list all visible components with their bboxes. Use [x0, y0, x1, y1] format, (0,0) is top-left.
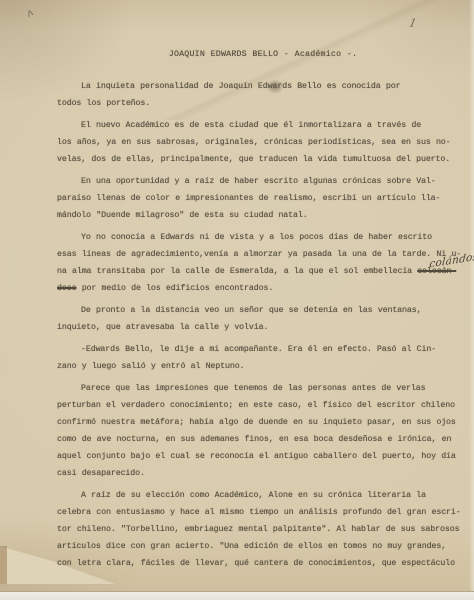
typed-text: todos los porteños. [57, 99, 150, 108]
typed-text: zano y luego salió y entró al Neptuno. [57, 362, 244, 371]
typed-line: A raíz de su elección como Académico, Al… [57, 487, 469, 504]
typed-line: De pronto a la distancia veo un señor qu… [57, 302, 469, 319]
typed-text: tor chileno. "Torbellino, embriaguez men… [57, 525, 459, 534]
typed-text: esas líneas de agradecimiento,venía a al… [57, 250, 461, 259]
paper-sheet: ʌ 1 JOAQUIN EDWARDS BELLO - Académico -.… [0, 0, 474, 592]
typed-line: Parece que las impresiones que tenemos d… [57, 380, 469, 397]
typed-line: El nuevo Académico es de esta ciudad que… [57, 117, 469, 134]
typed-text: inquieto, que atravesaba la calle y volv… [57, 323, 268, 332]
typed-text: celebra con entusiasmo y hace al mismo t… [57, 508, 461, 517]
corner-scratch-mark: ʌ [26, 7, 36, 22]
typed-line: los años, ya en sus sabrosas, originales… [57, 134, 469, 151]
typed-line: perturban el verdadero conocimiento; en … [57, 397, 469, 414]
typed-line: mándolo "Duende milagroso" de esta su ci… [57, 207, 469, 224]
typed-line: inquieto, que atravesaba la calle y volv… [57, 319, 469, 336]
typed-text: mándolo "Duende milagroso" de esta su ci… [57, 211, 308, 220]
typed-line: artículos dice con gran acierto. "Una ed… [57, 538, 469, 555]
typed-text: A raíz de su elección como Académico, Al… [81, 491, 426, 500]
paper-right-edge [469, 0, 474, 592]
typed-line: como de ave nocturna, en sus ademanes fi… [57, 431, 469, 448]
typed-text: De pronto a la distancia veo un señor qu… [81, 306, 421, 315]
typed-line: tor chileno. "Torbellino, embriaguez men… [57, 521, 469, 538]
typed-line: La inquieta personalidad de Joaquín Edwa… [57, 78, 469, 95]
typed-text: Parece que las impresiones que tenemos d… [81, 384, 426, 393]
typed-text: con letra clara, fáciles de llevar, qué … [57, 559, 455, 568]
typed-text: casi desaparecido. [57, 469, 145, 478]
typed-line: paraíso llenas de color e impresionantes… [57, 190, 469, 207]
paragraph: La inquieta personalidad de Joaquín Edwa… [57, 78, 469, 112]
paragraph: Yo no conocía a Edwards ni de vista y a … [57, 229, 469, 297]
typed-line: Yo no conocía a Edwards ni de vista y a … [57, 229, 469, 246]
typed-line: na alma transitaba por la calle de Esmer… [57, 263, 469, 280]
typed-line: zano y luego salió y entró al Neptuno. [57, 358, 469, 375]
typed-line: dose por medio de los edificios encontra… [57, 280, 469, 297]
typed-text: por medio de los edificios encontrados. [76, 284, 273, 293]
typed-line: -Edwards Bello, le dije a mi acompañante… [57, 341, 469, 358]
typewritten-body: La inquieta personalidad de Joaquín Edwa… [57, 78, 469, 572]
paragraph: De pronto a la distancia veo un señor qu… [57, 302, 469, 336]
typed-text: confirmó nuestra metáfora; había algo de… [57, 418, 456, 427]
typed-text: -Edwards Bello, le dije a mi acompañante… [81, 345, 436, 354]
paragraph: A raíz de su elección como Académico, Al… [57, 487, 469, 572]
typed-line: En una oportunidad y a raíz de haber esc… [57, 173, 469, 190]
typed-text: Yo no conocía a Edwards ni de vista y a … [81, 233, 432, 242]
typed-line: esas líneas de agradecimiento,venía a al… [57, 246, 469, 263]
typed-text: aquel conjunto bajo el cual se reconocía… [57, 452, 456, 461]
ink-smudged-text: war [268, 82, 283, 91]
typed-text: velas, dos de ellas, principalmente, que… [57, 155, 450, 164]
typed-line: confirmó nuestra metáfora; había algo de… [57, 414, 469, 431]
typed-line: con letra clara, fáciles de llevar, qué … [57, 555, 469, 572]
typewritten-page: JOAQUIN EDWARDS BELLO - Académico -. La … [57, 46, 469, 577]
paragraph: El nuevo Académico es de esta ciudad que… [57, 117, 469, 168]
typed-line: celebra con entusiasmo y hace al mismo t… [57, 504, 469, 521]
typed-text: perturban el verdadero conocimiento; en … [57, 401, 455, 410]
scanner-background [0, 591, 474, 600]
handwritten-page-number: 1 [408, 15, 418, 30]
typed-line: velas, dos de ellas, principalmente, que… [57, 151, 469, 168]
paragraph: Parece que las impresiones que tenemos d… [57, 380, 469, 482]
typed-text: paraíso llenas de color e impresionantes… [57, 194, 440, 203]
paper-left-edge [0, 546, 7, 584]
struck-out-text: dose [57, 284, 76, 293]
paragraph: -Edwards Bello, le dije a mi acompañante… [57, 341, 469, 375]
typed-text: artículos dice con gran acierto. "Una ed… [57, 542, 446, 551]
typed-text: La inquieta personalidad de Joaquín Ed [81, 82, 268, 91]
typed-text: como de ave nocturna, en sus ademanes fi… [57, 435, 451, 444]
typed-line: aquel conjunto bajo el cual se reconocía… [57, 448, 469, 465]
typed-text: los años, ya en sus sabrosas, originales… [57, 138, 451, 147]
paragraph: En una oportunidad y a raíz de haber esc… [57, 173, 469, 224]
typed-line: todos los porteños. [57, 95, 469, 112]
typed-text: El nuevo Académico es de esta ciudad que… [81, 121, 421, 130]
typed-text: na alma transitaba por la calle de Esmer… [57, 267, 417, 276]
typed-text: En una oportunidad y a raíz de haber esc… [81, 177, 436, 186]
typed-text: ds Bello es conocida por [282, 82, 400, 91]
document-title: JOAQUIN EDWARDS BELLO - Académico -. [57, 46, 469, 63]
typed-line: casi desaparecido. [57, 465, 469, 482]
